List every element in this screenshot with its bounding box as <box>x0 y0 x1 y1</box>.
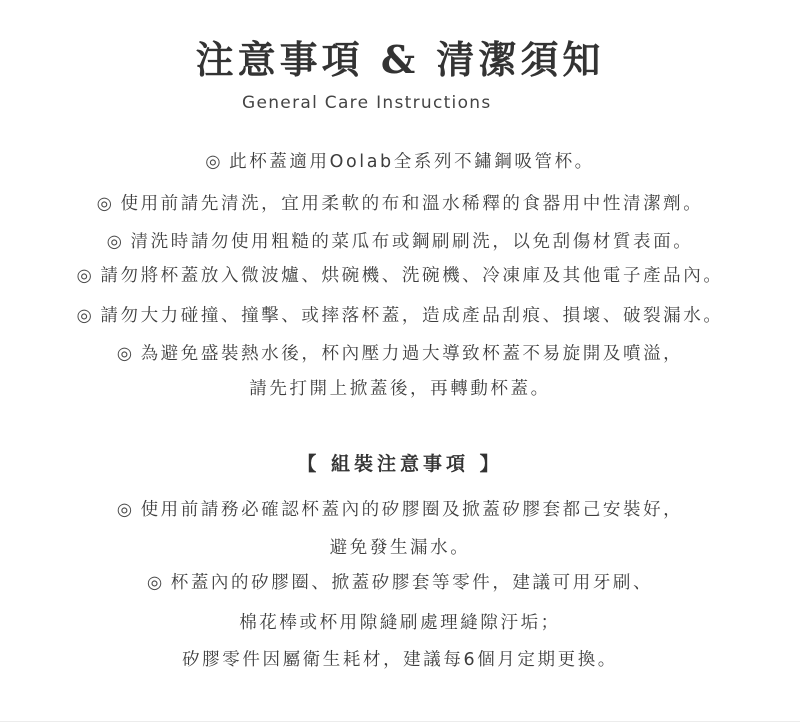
care-item-text: 使用前請先清洗，宜用柔軟的布和溫水稀釋的食器用中性清潔劑。 <box>120 194 703 214</box>
assembly-item: ◎使用前請務必確認杯蓋內的矽膠圈及掀蓋矽膠套都己安裝好， <box>0 497 800 523</box>
assembly-item-continuation: 矽膠零件因屬衛生耗材，建議每6個月定期更換。 <box>0 647 800 673</box>
care-item-continuation: 請先打開上掀蓋後，再轉動杯蓋。 <box>0 376 800 402</box>
care-item-text: 此杯蓋適用Oolab全系列不鏽鋼吸管杯。 <box>229 152 595 172</box>
bullet-circle-icon: ◎ <box>205 152 223 172</box>
bullet-circle-icon: ◎ <box>117 344 135 364</box>
assembly-heading: 【 組裝注意事項 】 <box>0 450 800 478</box>
bullet-circle-icon: ◎ <box>107 232 125 252</box>
bullet-circle-icon: ◎ <box>77 306 95 326</box>
assembly-item-text: 使用前請務必確認杯蓋內的矽膠圈及掀蓋矽膠套都己安裝好， <box>141 500 684 520</box>
care-item: ◎為避免盛裝熱水後，杯內壓力過大導致杯蓋不易旋開及噴溢， <box>0 341 800 367</box>
care-item: ◎使用前請先清洗，宜用柔軟的布和溫水稀釋的食器用中性清潔劑。 <box>0 191 800 217</box>
care-item: ◎清洗時請勿使用粗糙的菜瓜布或鋼刷刷洗，以免刮傷材質表面。 <box>0 229 800 255</box>
assembly-item-continuation: 避免發生漏水。 <box>0 535 800 561</box>
care-item: ◎此杯蓋適用Oolab全系列不鏽鋼吸管杯。 <box>0 149 800 175</box>
assembly-item: ◎杯蓋內的矽膠圈、掀蓋矽膠套等零件，建議可用牙刷、 <box>0 570 800 596</box>
bullet-circle-icon: ◎ <box>77 266 95 286</box>
care-item-text: 請先打開上掀蓋後，再轉動杯蓋。 <box>249 379 551 399</box>
care-item: ◎請勿將杯蓋放入微波爐、烘碗機、洗碗機、冷凍庫及其他電子產品內。 <box>0 263 800 289</box>
care-item: ◎請勿大力碰撞、撞擊、或摔落杯蓋，造成產品刮痕、損壞、破裂漏水。 <box>0 303 800 329</box>
bullet-circle-icon: ◎ <box>117 500 135 520</box>
page-title: 注意事項 & 清潔須知 <box>0 36 800 84</box>
assembly-item-text: 棉花棒或杯用隙縫刷處理縫隙汙垢； <box>239 613 561 633</box>
care-item-text: 清洗時請勿使用粗糙的菜瓜布或鋼刷刷洗，以免刮傷材質表面。 <box>131 232 694 252</box>
care-item-text: 請勿大力碰撞、撞擊、或摔落杯蓋，造成產品刮痕、損壞、破裂漏水。 <box>100 306 723 326</box>
bullet-circle-icon: ◎ <box>147 573 165 593</box>
assembly-item-text: 避免發生漏水。 <box>330 538 471 558</box>
assembly-item-continuation: 棉花棒或杯用隙縫刷處理縫隙汙垢； <box>0 610 800 636</box>
care-item-text: 為避免盛裝熱水後，杯內壓力過大導致杯蓋不易旋開及噴溢， <box>141 344 684 364</box>
assembly-item-text: 矽膠零件因屬衛生耗材，建議每6個月定期更換。 <box>182 650 618 670</box>
page-subtitle: General Care Instructions <box>242 93 492 113</box>
care-item-text: 請勿將杯蓋放入微波爐、烘碗機、洗碗機、冷凍庫及其他電子產品內。 <box>100 266 723 286</box>
assembly-item-text: 杯蓋內的矽膠圈、掀蓋矽膠套等零件，建議可用牙刷、 <box>171 573 653 593</box>
bullet-circle-icon: ◎ <box>97 194 115 214</box>
